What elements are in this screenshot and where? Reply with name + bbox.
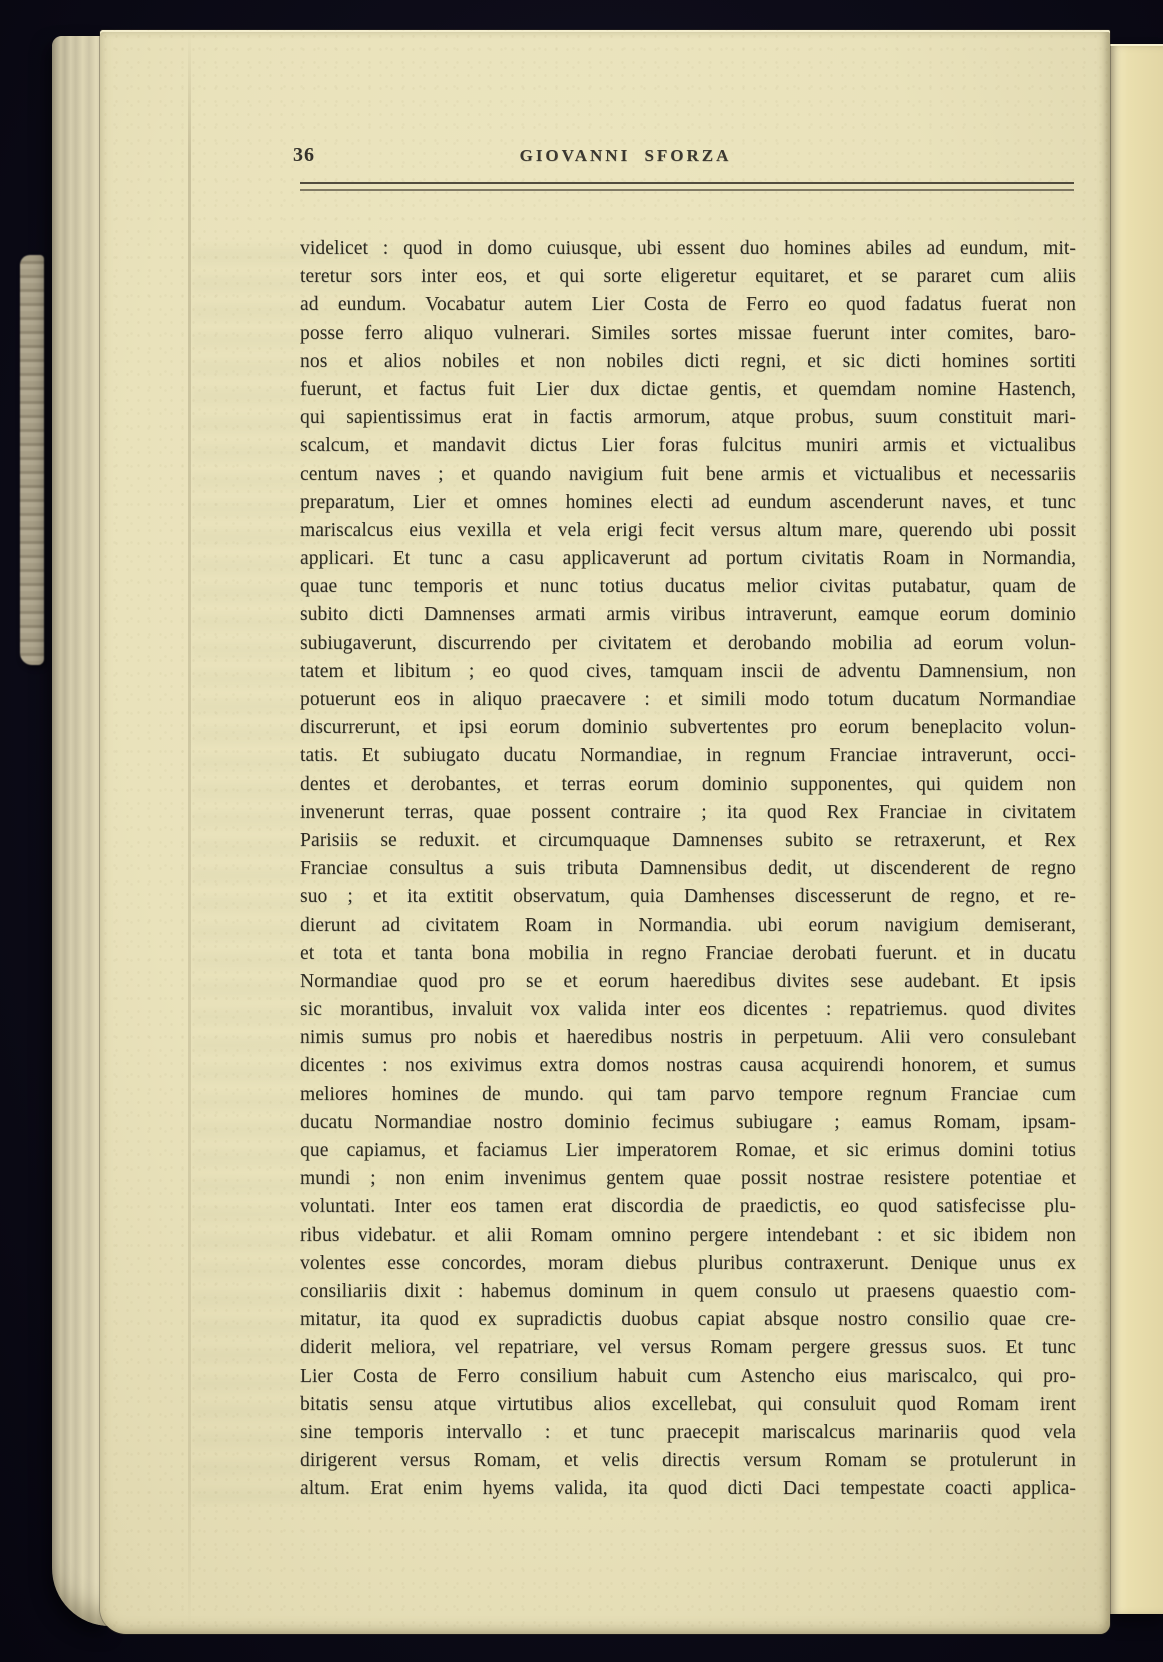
scanned-book-photo: 36 GIOVANNI SFORZA videlicet : quod in d…: [0, 0, 1163, 1662]
text-line: subito dicti Damnenses armati armis viri…: [300, 601, 1076, 629]
text-line: ribus videbatur. et alii Romam omnino pe…: [300, 1222, 1076, 1250]
page-stack-fore-edge: [20, 255, 44, 665]
text-line: dentes et derobantes, et terras eorum do…: [300, 771, 1076, 799]
text-line: que capiamus, et faciamus Lier imperator…: [300, 1137, 1076, 1165]
running-title: GIOVANNI SFORZA: [238, 146, 1013, 166]
adjacent-page-edge: [1110, 44, 1163, 1614]
text-line: posse ferro aliquo vulnerari. Similes so…: [300, 320, 1076, 348]
text-line: nos et alios nobiles et non nobiles dict…: [300, 348, 1076, 376]
body-text: videlicet : quod in domo cuiusque, ubi e…: [300, 235, 1076, 1503]
text-line: altum. Erat enim hyems valida, ita quod …: [300, 1475, 1076, 1503]
text-line: consiliariis dixit : habemus dominum in …: [300, 1278, 1076, 1306]
text-line: Parisiis se reduxit. et circumquaque Dam…: [300, 827, 1076, 855]
page-header: 36 GIOVANNI SFORZA: [300, 142, 1075, 172]
text-line: scalcum, et mandavit dictus Lier foras f…: [300, 432, 1076, 460]
text-line: invenerunt terras, quae possent contrair…: [300, 799, 1076, 827]
text-line: et tota et tanta bona mobilia in regno F…: [300, 940, 1076, 968]
text-line: dirigerent versus Romam, et velis direct…: [300, 1447, 1076, 1475]
text-line: discurrerunt, et ipsi eorum dominio subv…: [300, 714, 1076, 742]
text-line: ad eundum. Vocabatur autem Lier Costa de…: [300, 291, 1076, 319]
text-line: bitatis sensu atque virtutibus alios exc…: [300, 1391, 1076, 1419]
text-line: fuerunt, et factus fuit Lier dux dictae …: [300, 376, 1076, 404]
text-line: suo ; et ita extitit observatum, quia Da…: [300, 883, 1076, 911]
text-line: Normandiae quod pro se et eorum haeredib…: [300, 968, 1076, 996]
header-double-rule: [300, 182, 1074, 191]
text-line: tatis. Et subiugato ducatu Normandiae, i…: [300, 742, 1076, 770]
text-line: videlicet : quod in domo cuiusque, ubi e…: [300, 235, 1076, 263]
text-line: sine temporis intervallo : et tunc praec…: [300, 1419, 1076, 1447]
text-line: applicari. Et tunc a casu applicaverunt …: [300, 545, 1076, 573]
text-line: qui sapientissimus erat in factis armoru…: [300, 404, 1076, 432]
book-page: 36 GIOVANNI SFORZA videlicet : quod in d…: [100, 30, 1110, 1634]
text-line: subiugaverunt, discurrendo per civitatem…: [300, 630, 1076, 658]
text-line: teretur sors inter eos, et qui sorte eli…: [300, 263, 1076, 291]
text-line: mitatur, ita quod ex supradictis duobus …: [300, 1306, 1076, 1334]
text-line: ducatu Normandiae nostro dominio fecimus…: [300, 1109, 1076, 1137]
text-line: nimis sumus pro nobis et haeredibus nost…: [300, 1024, 1076, 1052]
text-line: diderit meliora, vel repatriare, vel ver…: [300, 1334, 1076, 1362]
text-line: Lier Costa de Ferro consilium habuit cum…: [300, 1363, 1076, 1391]
text-line: preparatum, Lier et omnes homines electi…: [300, 489, 1076, 517]
text-line: sic morantibus, invaluit vox valida inte…: [300, 996, 1076, 1024]
text-line: centum naves ; et quando navigium fuit b…: [300, 461, 1076, 489]
text-line: tatem et libitum ; eo quod cives, tamqua…: [300, 658, 1076, 686]
text-line: mariscalcus eius vexilla et vela erigi f…: [300, 517, 1076, 545]
text-line: voluntati. Inter eos tamen erat discordi…: [300, 1193, 1076, 1221]
text-line: dicentes : nos exivimus extra domos nost…: [300, 1052, 1076, 1080]
text-line: dierunt ad civitatem Roam in Normandia. …: [300, 912, 1076, 940]
text-line: quae tunc temporis et nunc totius ducatu…: [300, 573, 1076, 601]
text-line: mundi ; non enim invenimus gentem quae p…: [300, 1165, 1076, 1193]
text-line: Franciae consultus a suis tributa Damnen…: [300, 855, 1076, 883]
text-line: meliores homines de mundo. qui tam parvo…: [300, 1081, 1076, 1109]
text-line: potuerunt eos in aliquo praecavere : et …: [300, 686, 1076, 714]
text-line: volentes esse concordes, moram diebus pl…: [300, 1250, 1076, 1278]
